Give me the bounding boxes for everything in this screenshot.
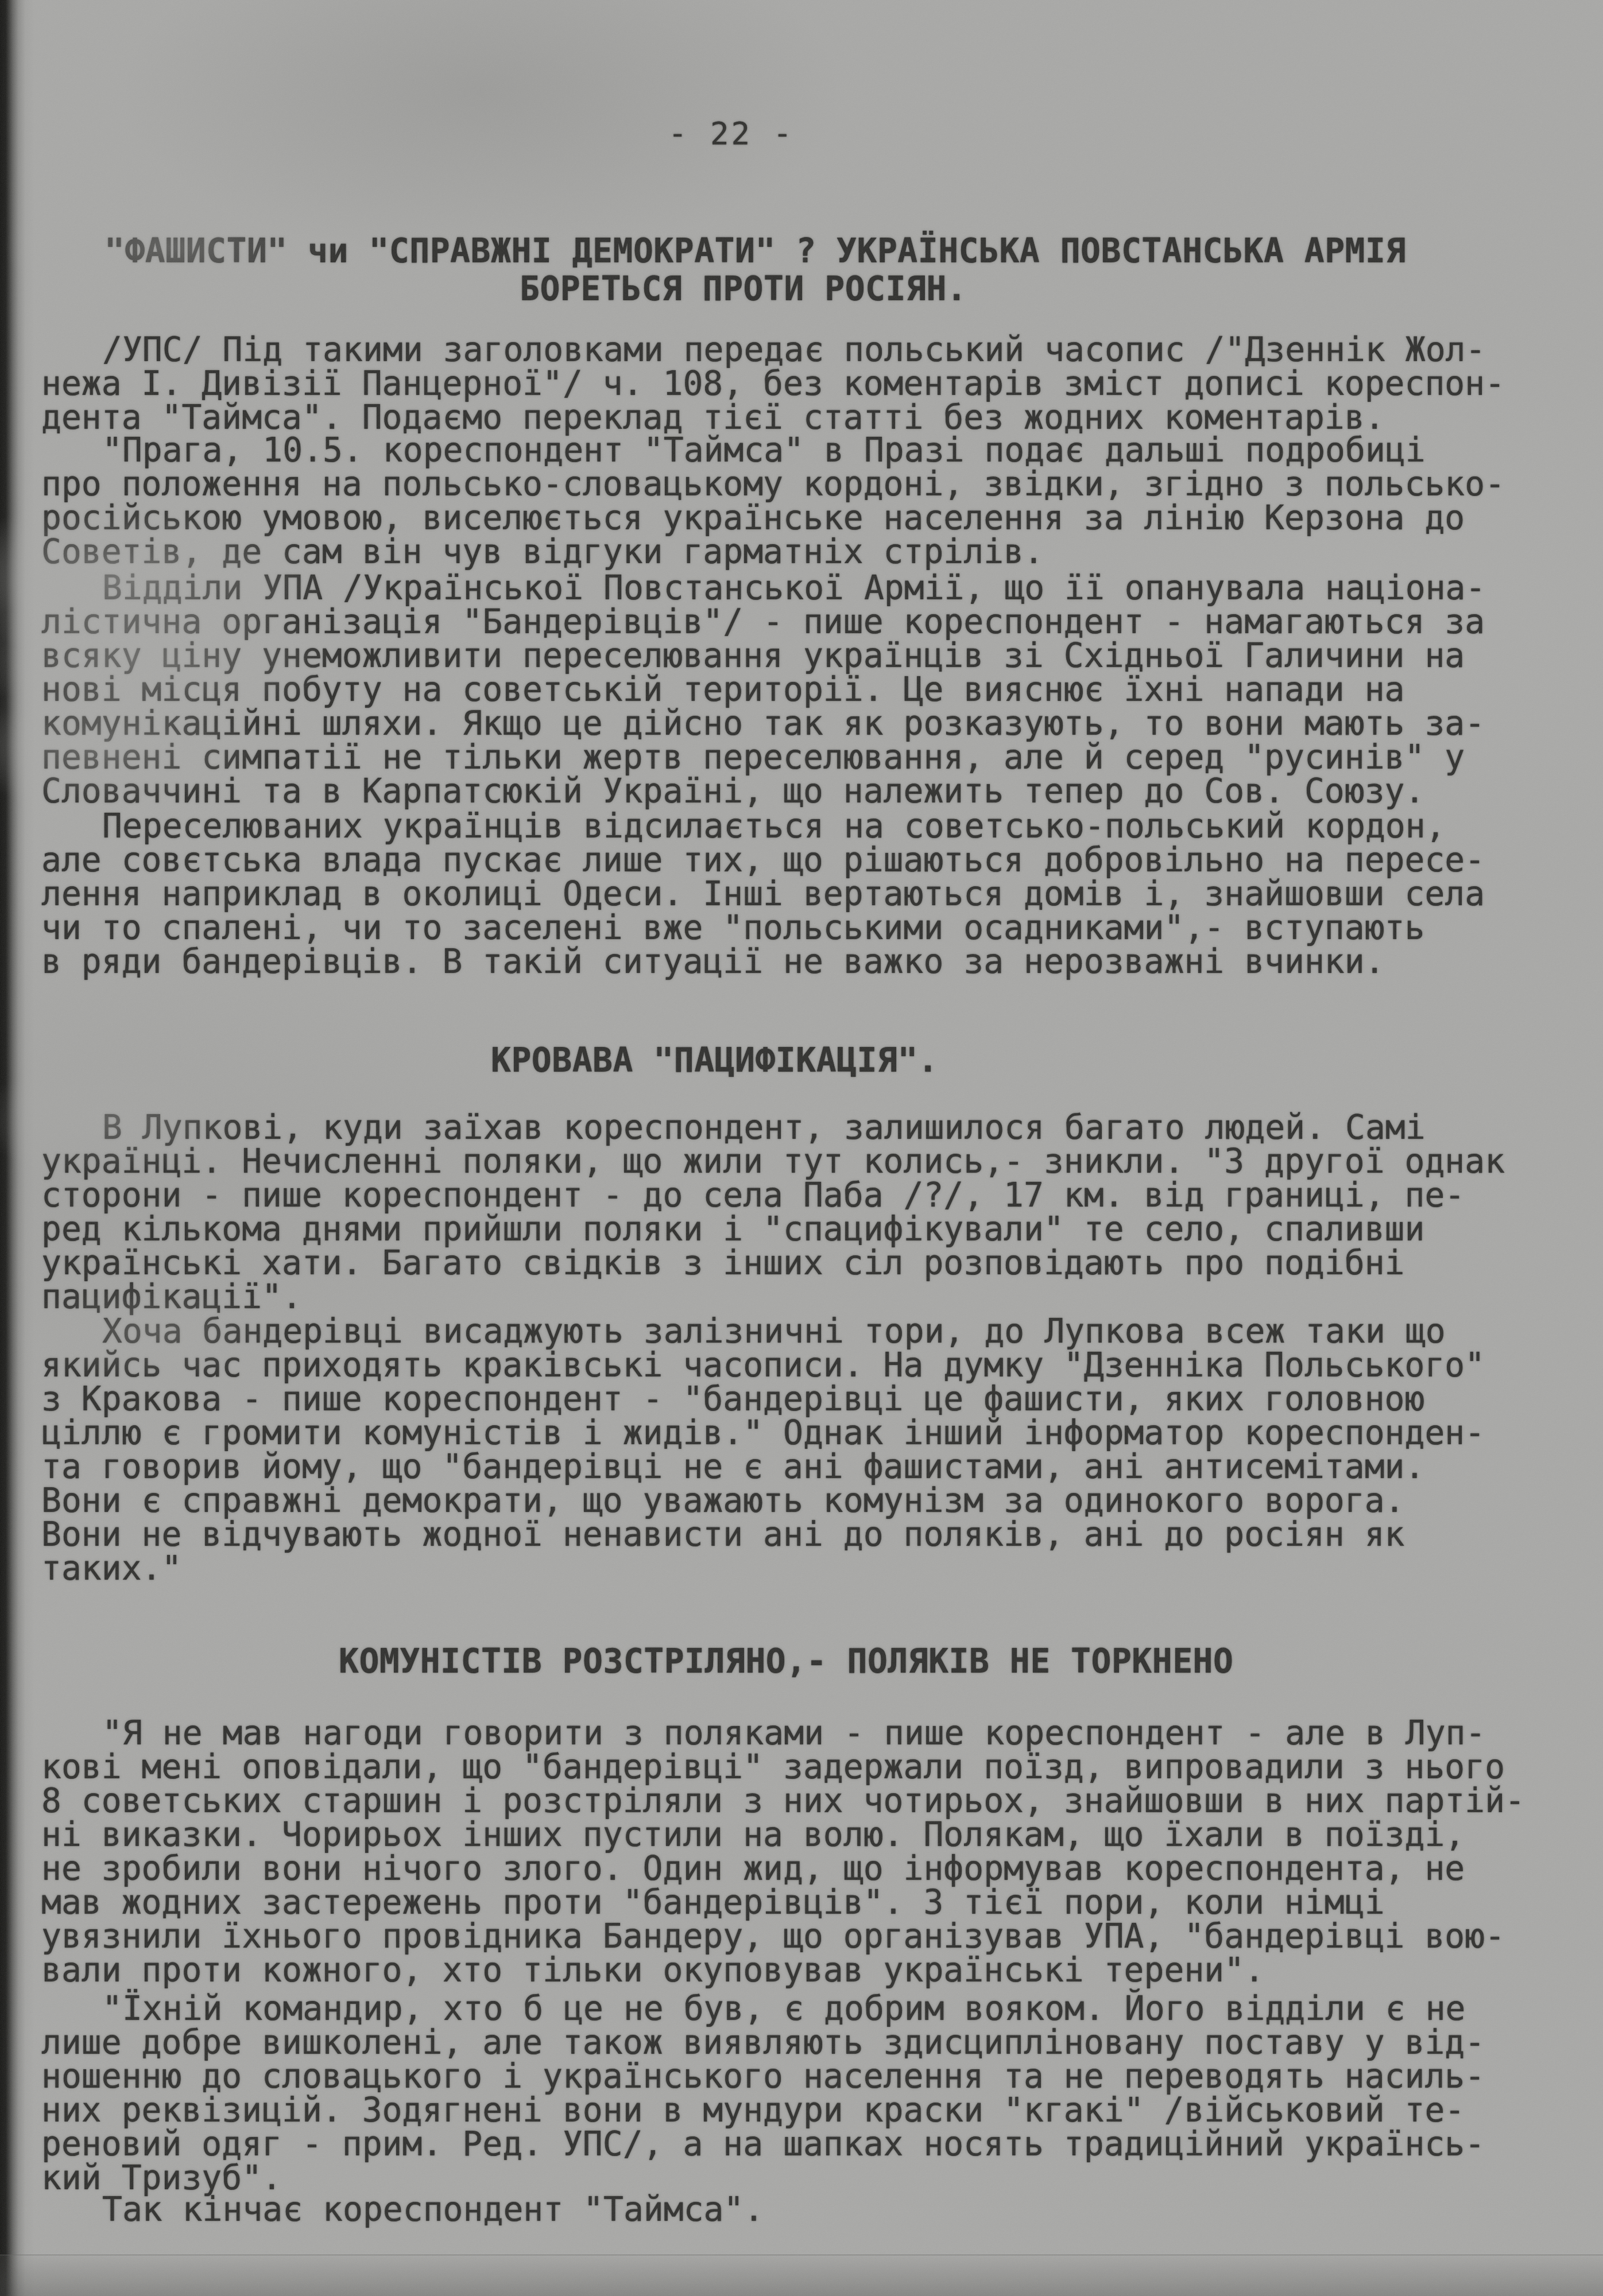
page-number: - 22 - bbox=[668, 117, 794, 150]
intro-paragraph-3: Відділи УПА /Української Повстанської Ар… bbox=[41, 571, 1573, 808]
shootings-heading: КОМУНІСТІВ РОЗСТРІЛЯНО,- ПОЛЯКІВ НЕ ТОРК… bbox=[339, 1645, 1233, 1678]
shootings-paragraph-1: "Я не мав нагоди говорити з поляками - п… bbox=[41, 1716, 1573, 1987]
intro-paragraph-4: Переселюваних українців відсилається на … bbox=[41, 809, 1573, 979]
article-title-line-1: "ФАШИСТИ" чи "СПРАВЖНІ ДЕМОКРАТИ" ? УКРА… bbox=[104, 234, 1406, 268]
pacification-heading: КРОВАВА "ПАЦИФІКАЦІЯ". bbox=[491, 1044, 938, 1077]
closing-line: Так кінчає кореспондент "Таймса". bbox=[41, 2193, 1573, 2227]
page-content: - 22 - "ФАШИСТИ" чи "СПРАВЖНІ ДЕМОКРАТИ"… bbox=[41, 0, 1592, 2296]
pacification-paragraph-2: Хоча бандерівці висаджують залізничні то… bbox=[41, 1314, 1573, 1585]
article-title-line-2: БОРЕТЬСЯ ПРОТИ РОСІЯН. bbox=[520, 272, 967, 306]
intro-paragraph-2: "Прага, 10.5. кореспондент "Таймса" в Пр… bbox=[41, 433, 1573, 569]
shootings-paragraph-2: "Їхній командир, хто б це не був, є добр… bbox=[41, 1992, 1573, 2195]
pacification-paragraph-1: В Лупкові, куди заїхав кореспондент, зал… bbox=[41, 1111, 1573, 1314]
scan-edge-shadow bbox=[0, 0, 25, 2296]
scanned-document-page: - 22 - "ФАШИСТИ" чи "СПРАВЖНІ ДЕМОКРАТИ"… bbox=[0, 0, 1603, 2296]
intro-paragraph-1: /УПС/ Під такими заголовками передає пол… bbox=[41, 333, 1573, 435]
